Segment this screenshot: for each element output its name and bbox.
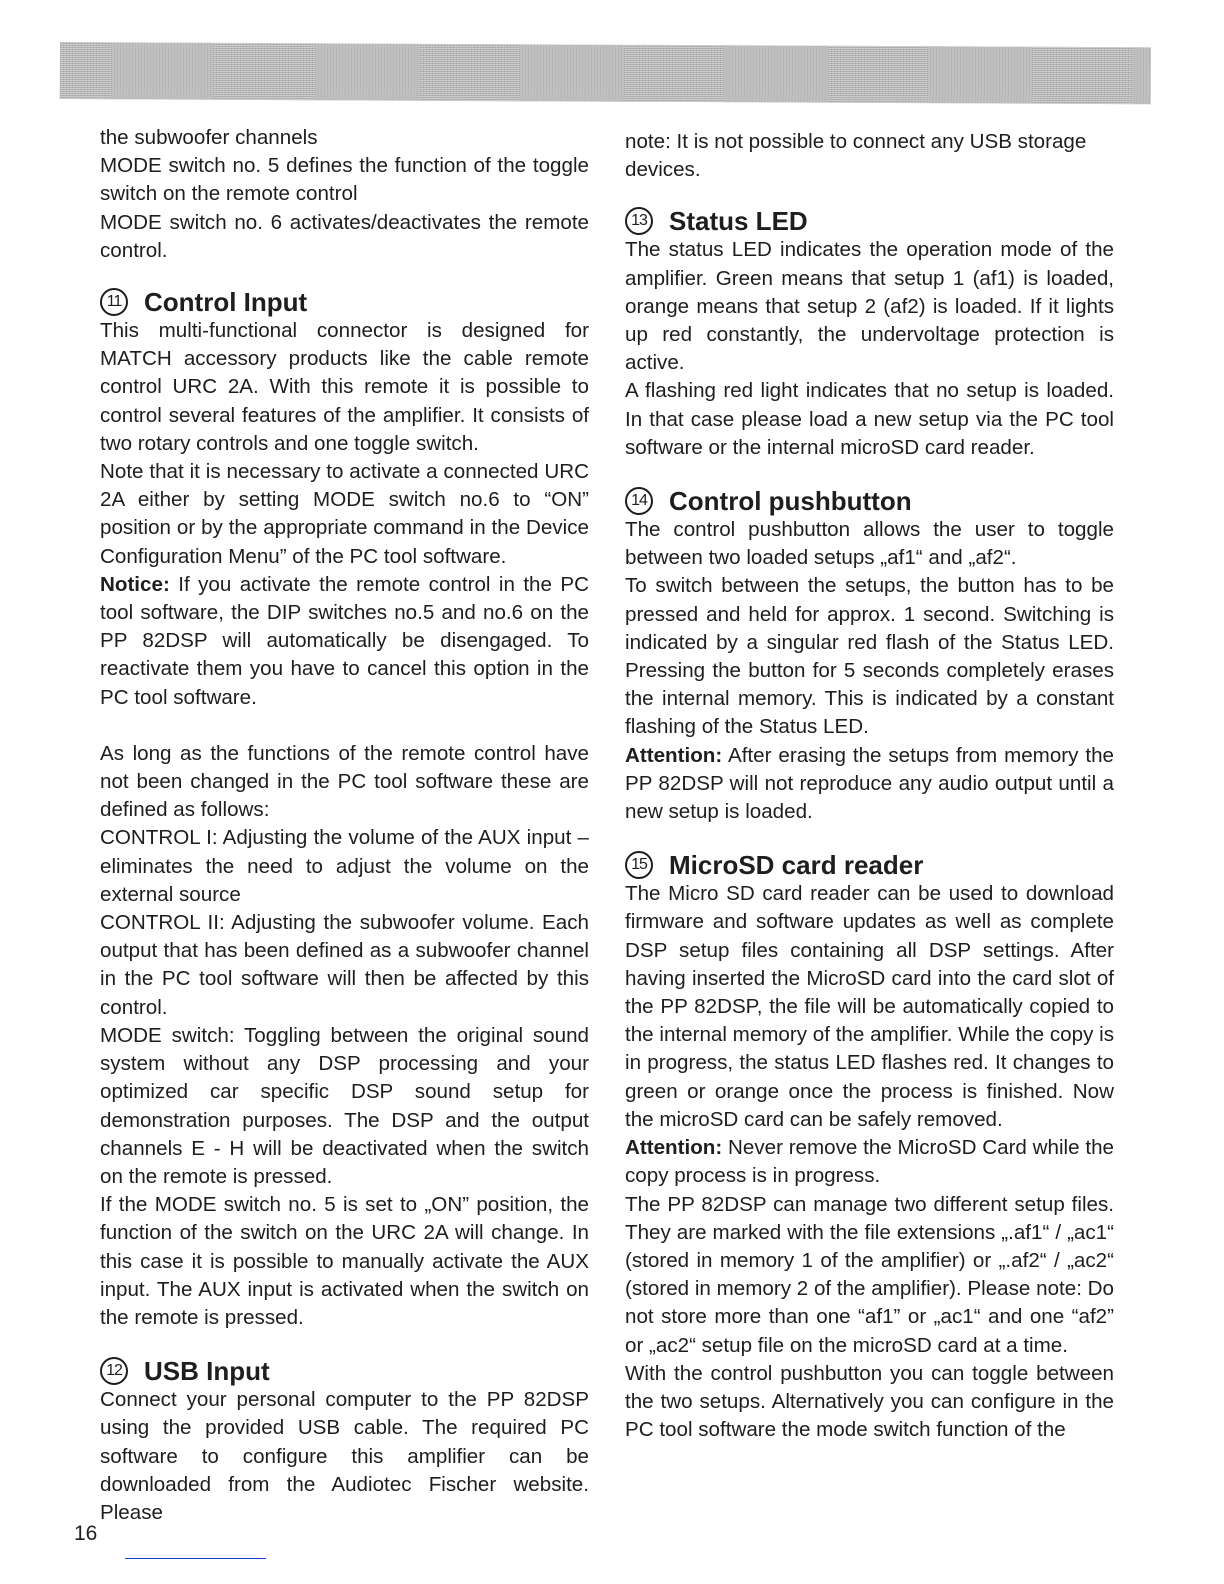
circled-number-icon: 15	[625, 851, 653, 879]
intro-line: MODE switch no. 6 activates/deactivates …	[100, 209, 589, 265]
section-heading-control-pushbutton: 14 Control pushbutton	[625, 486, 1114, 516]
section-title: USB Input	[144, 1356, 270, 1386]
right-column: note: It is not possible to connect any …	[625, 128, 1114, 1444]
left-column: the subwoofer channels MODE switch no. 5…	[100, 124, 589, 1527]
notice-label: Notice:	[100, 573, 170, 596]
spacer	[100, 712, 589, 740]
paragraph: note: It is not possible to connect any …	[625, 128, 1114, 184]
intro-line: MODE switch no. 5 defines the function o…	[100, 152, 589, 208]
paragraph: The Micro SD card reader can be used to …	[625, 880, 1114, 1134]
paragraph: As long as the functions of the remote c…	[100, 740, 589, 825]
header-band	[60, 42, 1151, 104]
notice-paragraph: Notice: If you activate the remote contr…	[100, 571, 589, 712]
paragraph: Connect your personal computer to the PP…	[100, 1386, 589, 1527]
paragraph: MODE switch: Toggling between the origin…	[100, 1022, 589, 1191]
circled-number-icon: 11	[100, 288, 128, 316]
section-heading-status-led: 13 Status LED	[625, 206, 1114, 236]
paragraph: The control pushbutton allows the user t…	[625, 516, 1114, 572]
circled-number-icon: 14	[625, 487, 653, 515]
paragraph: If the MODE switch no. 5 is set to „ON” …	[100, 1191, 589, 1332]
attention-label: Attention:	[625, 1136, 722, 1159]
paragraph: Note that it is necessary to activate a …	[100, 458, 589, 571]
section-title: Status LED	[669, 206, 808, 236]
paragraph: To switch between the setups, the button…	[625, 572, 1114, 741]
section-title: Control pushbutton	[669, 486, 912, 516]
section-heading-control-input: 11 Control Input	[100, 287, 589, 317]
attention-label: Attention:	[625, 744, 722, 767]
section-title: MicroSD card reader	[669, 850, 923, 880]
paragraph: CONTROL I: Adjusting the volume of the A…	[100, 824, 589, 909]
attention-paragraph: Attention: Never remove the MicroSD Card…	[625, 1134, 1114, 1190]
notice-text: If you activate the remote control in th…	[100, 573, 589, 709]
section-heading-microsd-card-reader: 15 MicroSD card reader	[625, 850, 1114, 880]
paragraph: The PP 82DSP can manage two different se…	[625, 1191, 1114, 1360]
paragraph: The status LED indicates the operation m…	[625, 236, 1114, 377]
attention-paragraph: Attention: After erasing the setups from…	[625, 742, 1114, 827]
paragraph: With the control pushbutton you can togg…	[625, 1360, 1114, 1445]
circled-number-icon: 12	[100, 1357, 128, 1385]
footer-link-underline	[125, 1558, 266, 1559]
paragraph: CONTROL II: Adjusting the subwoofer volu…	[100, 909, 589, 1022]
page-number: 16	[74, 1522, 97, 1546]
section-title: Control Input	[144, 287, 307, 317]
circled-number-icon: 13	[625, 207, 653, 235]
intro-line: the subwoofer channels	[100, 124, 589, 152]
section-heading-usb-input: 12 USB Input	[100, 1356, 589, 1386]
paragraph: A flashing red light indicates that no s…	[625, 377, 1114, 462]
paragraph: This multi-functional connector is desig…	[100, 317, 589, 458]
